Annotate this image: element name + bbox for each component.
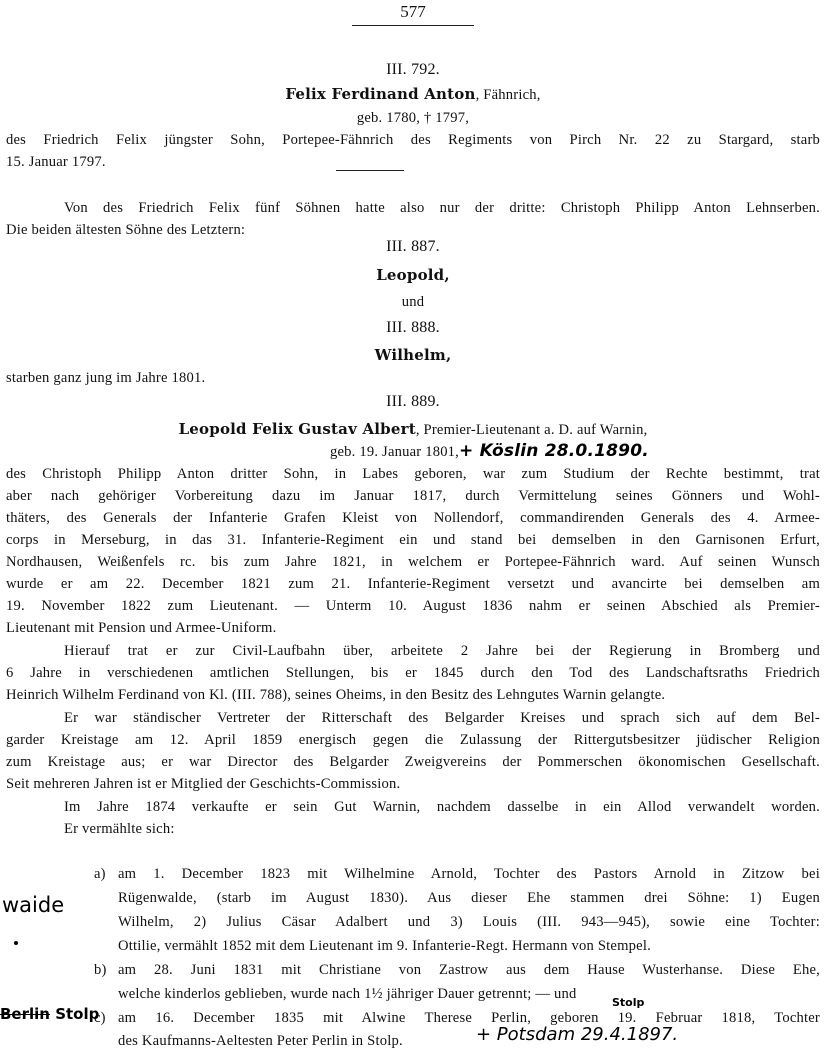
- marriage-line: Ottilie, vermählt 1852 mit dem Lieutenan…: [118, 936, 820, 956]
- entry-792-text-line: 15. Januar 1797.: [6, 152, 820, 172]
- paragraph-line: Hierauf trat er zur Civil-Laufbahn über,…: [64, 641, 820, 661]
- handwritten-death-alwine: + Potsdam 29.4.1897.: [476, 1024, 678, 1045]
- entry-889-dates: geb. 19. Januar 1801,: [330, 444, 459, 460]
- document-page: 577 III. 792. Felix Ferdinand Anton, Fäh…: [0, 0, 826, 1049]
- section-divider: [336, 170, 404, 171]
- marriage-line: Rügenwalde, (starb im August 1830). Aus …: [118, 888, 820, 908]
- entry-887-name: Leopold,: [0, 265, 826, 285]
- paragraph-line: zum Kreistage aus; er war Director des B…: [6, 752, 820, 772]
- handwritten-above-date: Stolp: [612, 996, 644, 1009]
- marriage-line: am 1. December 1823 mit Wilhelmine Arnol…: [118, 864, 820, 884]
- paragraph-line: Nordhausen, Weißenfels rc. bis zum Jahre…: [6, 552, 820, 572]
- entry-888-name: Wilhelm,: [0, 345, 826, 365]
- entry-792-dates: geb. 1780, † 1797,: [0, 108, 826, 128]
- marriage-label: b): [94, 960, 118, 980]
- paragraph-line: 6 Jahre in verschiedenen amtlichen Stell…: [6, 663, 820, 683]
- conjunction: und: [0, 292, 826, 312]
- paragraph-line: des Christoph Philipp Anton dritter Sohn…: [6, 464, 820, 484]
- entry-888-number: III. 888.: [0, 318, 826, 338]
- paragraph-line: 19. November 1822 zum Lieutenant. — Unte…: [6, 596, 820, 616]
- paragraph-line: Er vermählte sich:: [64, 819, 820, 839]
- entry-792-text-line: des Friedrich Felix jüngster Sohn, Porte…: [6, 130, 820, 150]
- paragraph-line: corps in Merseburg, in das 31. Infanteri…: [6, 530, 820, 550]
- intro-line: Von des Friedrich Felix fünf Söhnen hatt…: [64, 198, 820, 218]
- margin-note-waide: waide: [2, 893, 64, 917]
- paragraph-line: wurde er am 22. December 1821 zum 21. In…: [6, 574, 820, 594]
- marriage-line: am 16. December 1835 mit Alwine Therese …: [118, 1008, 820, 1028]
- paragraph-line: Lieutenant mit Pension und Armee-Uniform…: [6, 618, 820, 638]
- died-young-text: starben ganz jung im Jahre 1801.: [6, 368, 820, 388]
- marriage-line: welche kinderlos geblieben, wurde nach 1…: [118, 984, 820, 1004]
- handwritten-death-note: + Köslin 28.0.1890.: [459, 441, 649, 461]
- entry-889-dates-line: geb. 19. Januar 1801,+ Köslin 28.0.1890.: [330, 441, 820, 462]
- margin-note-stolp: Berlin Stolp: [0, 1005, 99, 1023]
- paragraph-line: thäters, des Generals der Infanterie Gra…: [6, 508, 820, 528]
- marriage-line: Wilhelm, 2) Julius Cäsar Adalbert und 3)…: [118, 912, 820, 932]
- entry-792-number: III. 792.: [0, 60, 826, 80]
- paragraph-line: garder Kreistage am 12. April 1859 energ…: [6, 730, 820, 750]
- entry-889-name: Leopold Felix Gustav Albert: [179, 420, 416, 438]
- entry-792-title: , Fähnrich,: [476, 87, 541, 103]
- marriage-line: des Kaufmanns-Aeltesten Peter Perlin in …: [118, 1031, 820, 1049]
- handwritten-stolp: Stolp: [55, 1005, 99, 1023]
- entry-887-number: III. 887.: [0, 237, 826, 257]
- entry-792-name: Felix Ferdinand Anton: [285, 85, 475, 103]
- paragraph-line: Heinrich Wilhelm Ferdinand von Kl. (III.…: [6, 685, 820, 705]
- margin-dot: [14, 941, 18, 945]
- paragraph-line: Im Jahre 1874 verkaufte er sein Gut Warn…: [64, 797, 820, 817]
- page-number: 577: [0, 2, 826, 22]
- paragraph-line: Er war ständischer Vertreter der Ritters…: [64, 708, 820, 728]
- entry-889-title: , Premier-Lieutenant a. D. auf Warnin,: [416, 422, 648, 438]
- marriage-label: a): [94, 864, 118, 884]
- struck-text-berlin: Berlin: [0, 1005, 50, 1023]
- paragraph-line: aber nach gehöriger Vorbereitung dazu im…: [6, 486, 820, 506]
- marriage-line: am 28. Juni 1831 mit Christiane von Zast…: [118, 960, 820, 980]
- paragraph-line: Seit mehreren Jahren ist er Mitglied der…: [6, 774, 820, 794]
- entry-889-heading: Leopold Felix Gustav Albert, Premier-Lie…: [0, 419, 826, 440]
- entry-889-number: III. 889.: [0, 392, 826, 412]
- entry-792-heading: Felix Ferdinand Anton, Fähnrich,: [0, 84, 826, 105]
- header-rule: [352, 25, 474, 26]
